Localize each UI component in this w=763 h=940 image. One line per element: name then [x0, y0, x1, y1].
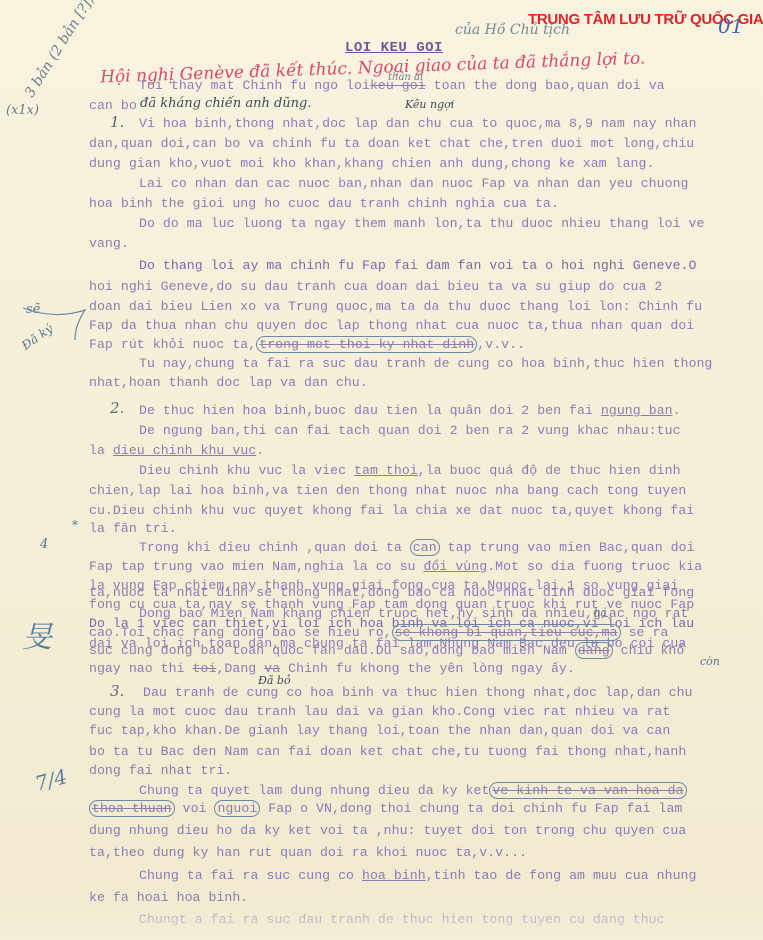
s1-line: Do thang loi ay ma chinh fu Fap fai dam … [139, 258, 696, 273]
page-edge [0, 900, 763, 940]
circled-text: nguoi [214, 800, 260, 817]
s3-line: Dau tranh de cung co hoa binh va thuc hi… [143, 685, 693, 700]
s2-line: chien,lap lai hoa binh,va tien den thong… [89, 483, 686, 498]
underlined-text: ngung ban [601, 403, 673, 418]
struck-boxed-text: dang [575, 642, 613, 659]
s1-line: Do do ma luc luong ta ngay them manh lon… [139, 216, 704, 231]
s1-line: Vi hoa binh,thong nhat,doc lap dan chu c… [139, 116, 696, 131]
s3-line: ta,theo dung ky han rut quan doi ra khoi… [89, 845, 527, 860]
s2-line: la fân tri. [89, 521, 177, 536]
intro-line-2: can bo [89, 98, 137, 113]
margin-4-note: 4 [40, 537, 48, 552]
copies-note: 3 bản (2 bản [?]) [22, 0, 98, 100]
s1-line: hoa binh the gioi ung ho cuoc dau tranh … [89, 196, 559, 211]
s3-line: Chung ta fai ra suc cung co hoa binh,tin… [139, 868, 697, 883]
document-title: LOI KEU GOI [345, 40, 443, 56]
ha-note: hạ [594, 608, 606, 619]
s2-line: cu.Dieu chinh khu vuc quyet khong fai la… [89, 503, 694, 518]
s3-line: dung nhung dieu ho da ky ket voi ta ,nhu… [89, 823, 686, 838]
intro-line-1: Toi thay mat Chinh fu ngo loikeu goi toa… [139, 78, 665, 93]
s1-line: dan,quan doi,can bo va chinh fu ta doan … [89, 136, 694, 151]
struck-boxed-text: thoa thuan [89, 800, 175, 817]
s2-line: Fap tap trung vao mien Nam,nghia la co s… [89, 559, 702, 574]
s3-line: fuc tap,kho khan.De gianh lay thang loi,… [89, 723, 670, 738]
arrow-mark-icon [15, 290, 95, 350]
s1-line: Fap da thua nhan chu quyen doc lap thong… [89, 318, 694, 333]
section-number-2: 2. [110, 399, 124, 417]
s2-line-struck: cao.Toi chac rang dong bao se hieu ro,se… [89, 625, 668, 640]
underlined-text: dieu chinh khu vuc [113, 443, 256, 458]
underlined-text: đổi vùng [423, 559, 487, 574]
s1-line: doan dai bieu Lien xo va Trung quoc,ma t… [89, 299, 702, 314]
can-bo-note: đã kháng chiến anh dũng. [140, 96, 312, 111]
struck-boxed-text: ve kinh te va van hoa da [489, 782, 686, 799]
s3-line: bo ta tu Bac den Nam can fai doan ket ch… [89, 744, 686, 759]
struck-boxed-text: se khong bi quan,tieu cuc,ma [392, 624, 621, 641]
s2-line: De ngung ban,thi can fai tach quan doi 2… [139, 423, 681, 438]
s3-line: dong fai nhat tri. [89, 763, 232, 778]
s2-line: De thuc hien hoa binh,buoc dau tien la q… [139, 403, 681, 418]
s2-line: Trong khi dieu chinh ,quan doi ta can ta… [139, 540, 695, 555]
margin-glyph: 7/4 [32, 764, 69, 796]
s2-line: Dieu chinh khu vuc la viec tam thoi,la b… [139, 463, 681, 478]
underlined-text: tam thoi [354, 463, 418, 478]
document-page: TRUNG TÂM LƯU TRỮ QUỐC GIA III 01 3 bản … [0, 0, 763, 940]
margin-glyph: 旻 [22, 612, 52, 656]
s1-line: Tu nay,chung ta fai ra suc dau tranh de … [139, 356, 712, 371]
page-number: 01 [718, 14, 743, 38]
s3-line: cung la mot cuoc dau tranh lau dai va gi… [89, 704, 670, 719]
below-keu-goi-note: Kêu ngợi [405, 98, 454, 111]
section-number-3: 3. [110, 682, 124, 700]
circled-text: can [410, 539, 440, 556]
s3-line: Chung ta quyet lam dung nhung dieu da ky… [139, 783, 687, 798]
s1-line: hoi nghi Geneve,do su dau tranh cua doan… [89, 279, 662, 294]
s3-line: thoa thuan voi nguoi Fap o VN,dong thoi … [89, 801, 682, 816]
s1-line: dung gian kho,vuot moi kho khan,khang ch… [89, 156, 654, 171]
s1-line-struck: Fap rút khỏi nuoc ta,trong mot thoi ky n… [89, 337, 525, 352]
s2-line: ngay nao thi toi,Dang va Chinh fu khong … [89, 661, 575, 676]
title-author-note: của Hồ Chủ tịch [455, 22, 570, 38]
con-note: còn [700, 655, 720, 668]
star-mark-icon: * [72, 518, 78, 532]
s2-line: ta,nuoc ta nhat dinh se thong nhat,dong … [89, 585, 694, 600]
s1-line: nhat,hoan thanh doc lap va dan chu. [89, 375, 368, 390]
s2-line: la dieu chinh khu vuc. [89, 443, 264, 458]
s1-line: Lai co nhan dan cac nuoc ban,nhan dan nu… [139, 176, 689, 191]
margin-x1x-note: (x1x) [6, 103, 39, 118]
struck-boxed-text: trong mot thoi ky nhat dinh [256, 336, 477, 353]
s2-line: suc cung dong bao toan quoc fan dau.Du s… [89, 643, 684, 658]
s1-line: vang. [89, 236, 129, 251]
struck-text: keu goi [370, 78, 426, 93]
section-number-1: 1. [110, 113, 124, 131]
underlined-text: hoa binh [362, 868, 426, 883]
